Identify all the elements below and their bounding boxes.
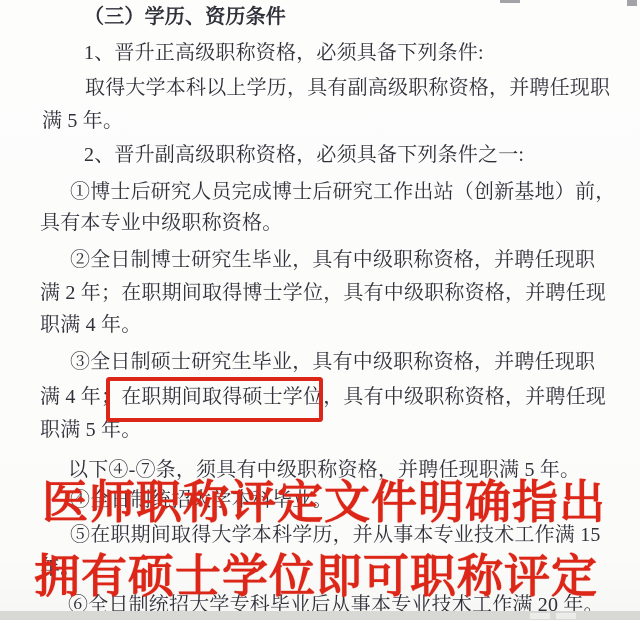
cropped-text-fragment	[500, 0, 520, 3]
doc-line: 职满 4 年。	[40, 313, 141, 337]
doc-line: ②全日制博士研究生毕业，具有中级职称资格，并聘任现职	[70, 248, 595, 272]
bottom-bar-chip	[530, 613, 550, 619]
bottom-bar-chip	[556, 613, 576, 619]
highlight-box	[106, 377, 323, 422]
doc-line: 具有本专业中级职称资格。	[40, 211, 282, 235]
overlay-annotation-line-1: 医师职称评定文件明确指出	[42, 478, 606, 526]
doc-line: 满 2 年；在职期间取得博士学位，具有中级职称资格，并聘任现	[40, 281, 606, 305]
doc-line: ③全日制硕士研究生毕业，具有中级职称资格，并聘任现职	[70, 350, 595, 374]
doc-line: 1、晋升正高级职称资格，必须具备下列条件:	[84, 41, 484, 65]
doc-line: 满 5 年。	[42, 109, 123, 133]
doc-line: 2、晋升副高级职称资格，必须具备下列条件之一:	[84, 143, 524, 167]
overlay-annotation-line-2: 拥有硕士学位即可职称评定	[34, 552, 598, 600]
doc-line: 取得大学本科以上学历，具有副高级职称资格，并聘任现职	[85, 76, 610, 100]
cropped-text-fragment	[627, 0, 637, 6]
document-page: （三）学历、资历条件 1、晋升正高级职称资格，必须具备下列条件: 取得大学本科以…	[0, 0, 640, 620]
bottom-bar	[0, 611, 640, 620]
section-heading: （三）学历、资历条件	[84, 5, 286, 29]
doc-line: ①博士后研究人员完成博士后研究工作出站（创新基地）前，	[70, 180, 615, 204]
